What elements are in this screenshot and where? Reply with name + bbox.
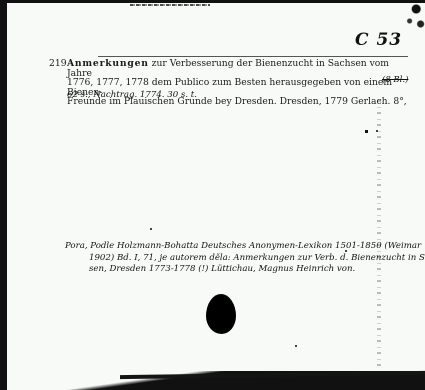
catalog-card-scan: C 53 219 Anmerkungen zur Verbesserung de…	[0, 0, 425, 390]
scan-noise	[130, 4, 210, 6]
entry-number: 219	[49, 59, 67, 69]
card-crease	[377, 100, 381, 370]
note-line-2: 1902) Bd. I, 71, je autorem děla: Anmerk…	[65, 253, 425, 265]
scan-corner-noise	[403, 0, 425, 30]
scan-speck	[365, 130, 368, 133]
scan-top-edge	[0, 0, 425, 3]
scan-left-edge	[0, 0, 7, 390]
call-number: C 53	[355, 30, 402, 50]
handwritten-note: Pora, Podle Holzmann-Bohatta Deutsches A…	[65, 241, 425, 276]
scan-speck	[150, 228, 152, 230]
scan-speck	[295, 345, 297, 347]
scan-speck	[376, 130, 378, 132]
handwritten-collation: 62 s., Nachtrag. 1774. 30 s. t.	[67, 90, 197, 100]
struck-collation: (8 Bl.)	[382, 75, 408, 85]
scan-speck	[345, 250, 347, 252]
punch-hole	[206, 294, 236, 334]
header-rule	[98, 56, 408, 57]
note-line-1: Pora, Podle Holzmann-Bohatta Deutsches A…	[65, 241, 425, 253]
note-line-3: sen, Dresden 1773-1778 (!) Lüttichau, Ma…	[65, 264, 425, 276]
